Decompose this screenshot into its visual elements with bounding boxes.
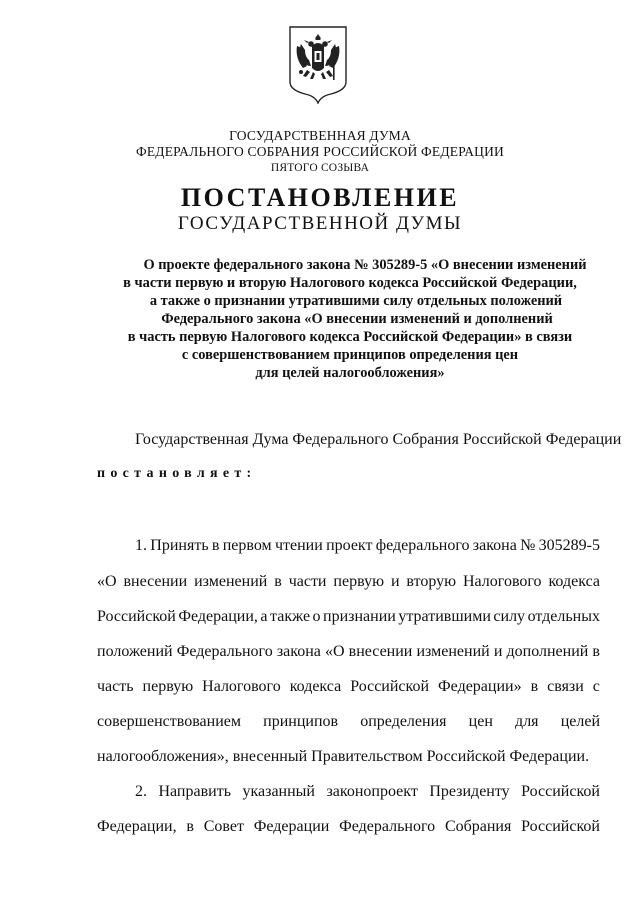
paragraph-line: частьпервуюНалоговогокодексаРоссийскойФе…: [97, 677, 600, 697]
subject-line: а также о признании утратившими силу отд…: [100, 292, 600, 310]
paragraph-line: положенийФедеральногозакона«Овнесенииизм…: [97, 642, 600, 662]
coat-of-arms-icon: [287, 24, 349, 104]
subject-line: О проекте федерального закона № 305289-5…: [100, 256, 600, 274]
paragraph-line: РоссийскойФедерации,атакжеопризнанииутра…: [97, 607, 600, 627]
header-line-1: ГОСУДАРСТВЕННАЯ ДУМА: [0, 128, 640, 144]
document-title: ПОСТАНОВЛЕНИЕ: [0, 183, 640, 213]
paragraph-line: совершенствованиемпринциповопределенияце…: [97, 712, 600, 732]
issuer-header: ГОСУДАРСТВЕННАЯ ДУМА ФЕДЕРАЛЬНОГО СОБРАН…: [0, 128, 640, 176]
paragraph-line: «ОвнесенииизмененийвчастипервуюивторуюНа…: [97, 572, 600, 592]
paragraph-line: 2.НаправитьуказанныйзаконопроектПрезиден…: [135, 782, 600, 802]
subject-line: Федерального закона «О внесении изменени…: [100, 310, 600, 328]
header-line-3: ПЯТОГО СОЗЫВА: [0, 160, 640, 176]
subject-line: для целей налогообложения»: [100, 364, 600, 382]
subject-line: с совершенствованием принципов определен…: [100, 346, 600, 364]
paragraph-line: Федерации,вСоветФедерацииФедеральногоСоб…: [97, 817, 600, 837]
intro-text: Государственная Дума Федерального Собран…: [135, 430, 621, 450]
header-line-2: ФЕДЕРАЛЬНОГО СОБРАНИЯ РОССИЙСКОЙ ФЕДЕРАЦ…: [0, 144, 640, 160]
decree-word: постановляет:: [97, 464, 257, 484]
document-subtitle: ГОСУДАРСТВЕННОЙ ДУМЫ: [0, 212, 640, 236]
subject-line: в части первую и вторую Налогового кодек…: [100, 274, 600, 292]
paragraph-line: налогообложения», внесенный Правительств…: [97, 747, 600, 767]
paragraph-line: 1.Принятьвпервомчтениипроектфедерального…: [135, 536, 600, 556]
subject-line: в часть первую Налогового кодекса Россий…: [100, 328, 600, 346]
document-subject: О проекте федерального закона № 305289-5…: [100, 256, 600, 382]
